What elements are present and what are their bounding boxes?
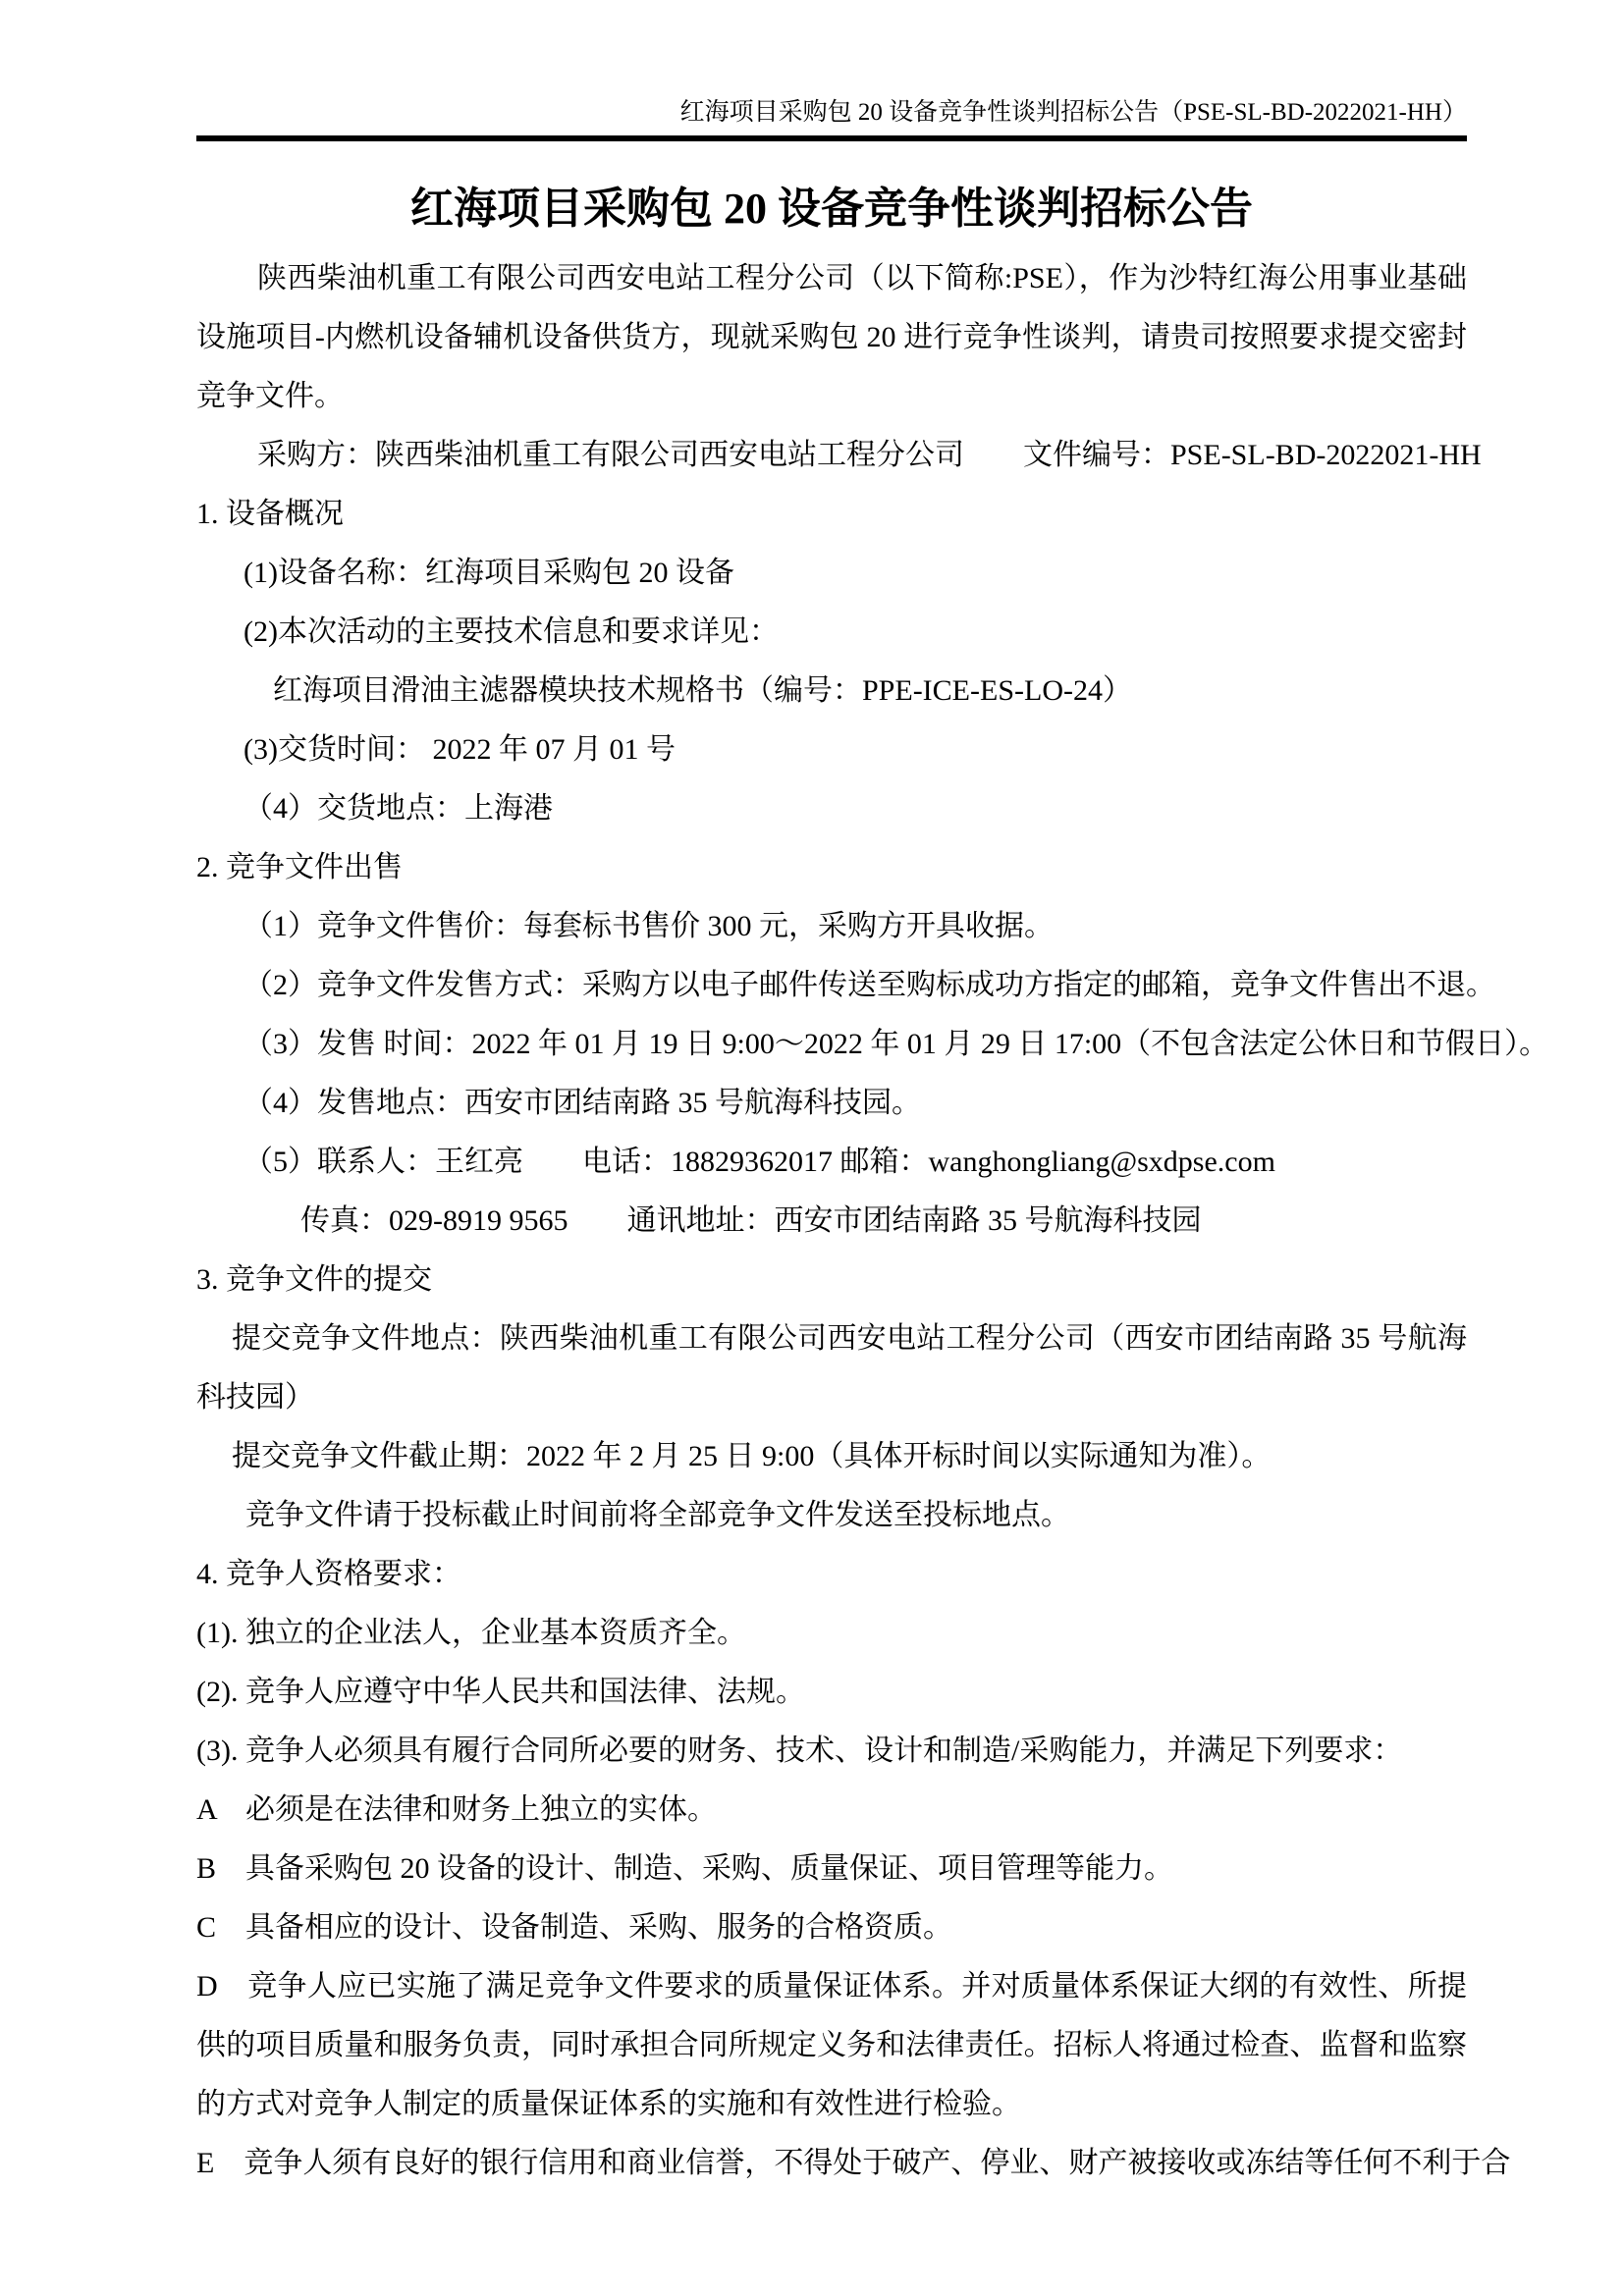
paragraph: 竞争文件请于投标截止时间前将全部竞争文件发送至投标地点。	[196, 1486, 1467, 1545]
paragraph: (2)本次活动的主要技术信息和要求详见：	[244, 603, 1467, 662]
paragraph: (1)设备名称：红海项目采购包 20 设备	[244, 544, 1467, 603]
paragraph: 提交竞争文件截止期：2022 年 2 月 25 日 9:00（具体开标时间以实际…	[196, 1427, 1467, 1486]
paragraph: D 竞争人应已实施了满足竞争文件要求的质量保证体系。并对质量体系保证大纲的有效性…	[196, 1957, 1467, 2134]
paragraph: (3). 竞争人必须具有履行合同所必要的财务、技术、设计和制造/采购能力，并满足…	[196, 1722, 1467, 1781]
paragraph: 提交竞争文件地点：陕西柴油机重工有限公司西安电站工程分公司（西安市团结南路 35…	[196, 1309, 1467, 1427]
paragraph: C 具备相应的设计、设备制造、采购、服务的合格资质。	[196, 1898, 1467, 1957]
paragraph: E 竞争人须有良好的银行信用和商业信誉，不得处于破产、停业、财产被接收或冻结等任…	[196, 2134, 1467, 2193]
paragraph: (3)交货时间： 2022 年 07 月 01 号	[244, 721, 1467, 779]
paragraph: B 具备采购包 20 设备的设计、制造、采购、质量保证、项目管理等能力。	[196, 1840, 1467, 1898]
paragraph: （2）竞争文件发售方式：采购方以电子邮件传送至购标成功方指定的邮箱，竞争文件售出…	[244, 956, 1467, 1015]
paragraph: 传真：029-8919 9565 通讯地址：西安市团结南路 35 号航海科技园	[300, 1192, 1467, 1251]
document-page: 红海项目采购包 20 设备竞争性谈判招标公告（PSE-SL-BD-2022021…	[0, 0, 1624, 2296]
paragraph: 陕西柴油机重工有限公司西安电站工程分公司（以下简称:PSE），作为沙特红海公用事…	[196, 249, 1467, 426]
paragraph: （3）发售 时间：2022 年 01 月 19 日 9:00～2022 年 01…	[244, 1015, 1467, 1074]
paragraph: 1. 设备概况	[196, 485, 1467, 544]
paragraph: (2). 竞争人应遵守中华人民共和国法律、法规。	[196, 1663, 1467, 1722]
paragraph: 采购方：陕西柴油机重工有限公司西安电站工程分公司 文件编号：PSE-SL-BD-…	[196, 426, 1467, 485]
paragraph: （1）竞争文件售价：每套标书售价 300 元，采购方开具收据。	[244, 897, 1467, 956]
paragraph: 2. 竞争文件出售	[196, 838, 1467, 897]
paragraph: （4）发售地点：西安市团结南路 35 号航海科技园。	[244, 1074, 1467, 1133]
paragraph: A 必须是在法律和财务上独立的实体。	[196, 1781, 1467, 1840]
document-body: 陕西柴油机重工有限公司西安电站工程分公司（以下简称:PSE），作为沙特红海公用事…	[196, 249, 1467, 2193]
paragraph: （5）联系人：王红亮 电话：18829362017 邮箱：wanghonglia…	[244, 1133, 1467, 1192]
paragraph: 红海项目滑油主滤器模块技术规格书（编号：PPE-ICE-ES-LO-24）	[273, 662, 1467, 721]
paragraph: 4. 竞争人资格要求：	[196, 1545, 1467, 1604]
page-header: 红海项目采购包 20 设备竞争性谈判招标公告（PSE-SL-BD-2022021…	[196, 96, 1467, 141]
paragraph: 3. 竞争文件的提交	[196, 1251, 1467, 1309]
page-title: 红海项目采购包 20 设备竞争性谈判招标公告	[196, 183, 1467, 236]
header-text: 红海项目采购包 20 设备竞争性谈判招标公告（PSE-SL-BD-2022021…	[680, 99, 1467, 126]
paragraph: (1). 独立的企业法人，企业基本资质齐全。	[196, 1604, 1467, 1663]
paragraph: （4）交货地点：上海港	[244, 779, 1467, 838]
